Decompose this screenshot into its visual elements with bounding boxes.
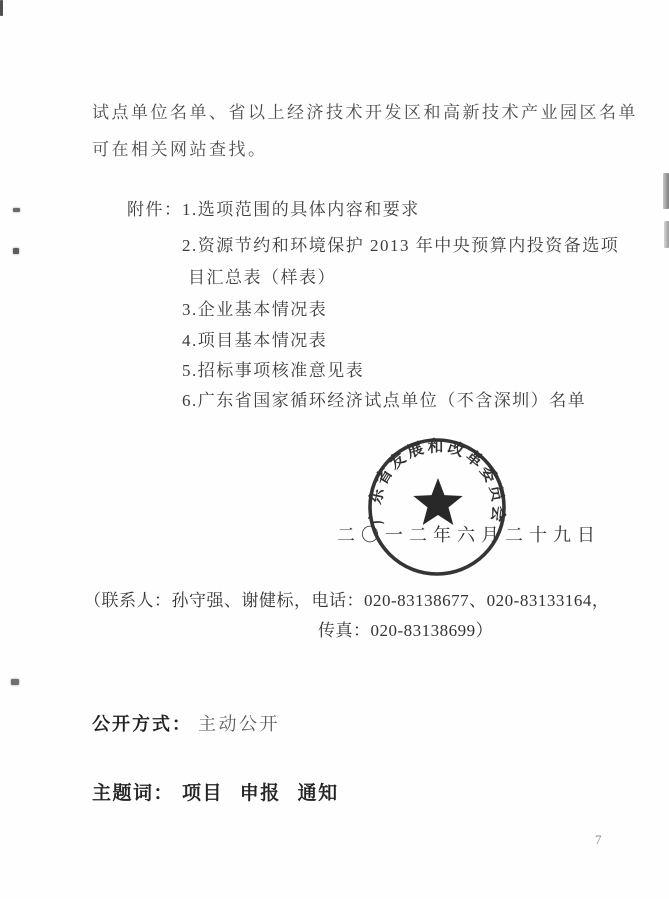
attachment-item-3: 3.企业基本情况表 (182, 298, 327, 322)
contact-line-2: 传真：020-83138699） (318, 616, 493, 641)
scan-artifact-speck (13, 208, 20, 212)
seal-star-icon (413, 478, 462, 525)
body-paragraph: 试点单位名单、省以上经济技术开发区和高新技术产业园区名单可在相关网站查找。 (92, 94, 652, 168)
subject-keywords-label: 主题词： (92, 783, 174, 804)
subject-keywords-row: 主题词：项目 申报 通知 (92, 778, 339, 805)
scan-artifact-edge-blob (663, 173, 669, 209)
official-seal: 广东省发展和改革委员会 (337, 407, 537, 607)
scan-artifact-corner-bar (0, 0, 3, 16)
body-paragraph-line-1: 试点单位名单、省以上经济技术开发区和高新技术产业园区名单 (92, 103, 638, 122)
attachment-item-1: 1.选项范围的具体内容和要求 (182, 198, 420, 222)
body-paragraph-line-2: 可在相关网站查找。 (92, 140, 268, 159)
attachment-item-4: 4.项目基本情况表 (182, 329, 327, 353)
scanned-document-page: 试点单位名单、省以上经济技术开发区和高新技术产业园区名单可在相关网站查找。 附件… (0, 0, 669, 899)
contact-line-1: （联系人：孙守强、谢健标，电话：020-83138677、020-8313316… (84, 586, 609, 611)
disclosure-method-row: 公开方式：主动公开 (92, 710, 280, 736)
disclosure-method-label: 公开方式： (92, 714, 192, 734)
attachment-item-2: 2.资源节约和环境保护 2013 年中央预算内投资备选项 (182, 234, 619, 258)
attachment-item-2-continued: 目汇总表（样表） (188, 266, 336, 290)
page-number: 7 (595, 832, 602, 848)
scan-artifact-speck (11, 679, 19, 685)
subject-keywords-value: 项目 申报 通知 (182, 783, 339, 804)
attachments-label: 附件： (127, 198, 183, 222)
attachment-item-5: 5.招标事项核准意见表 (182, 359, 364, 383)
disclosure-method-value: 主动公开 (198, 714, 280, 734)
scan-artifact-speck (13, 248, 19, 254)
scan-artifact-edge-blob (664, 221, 669, 248)
signature-date: 二〇一二年六月二十九日 (337, 521, 601, 547)
